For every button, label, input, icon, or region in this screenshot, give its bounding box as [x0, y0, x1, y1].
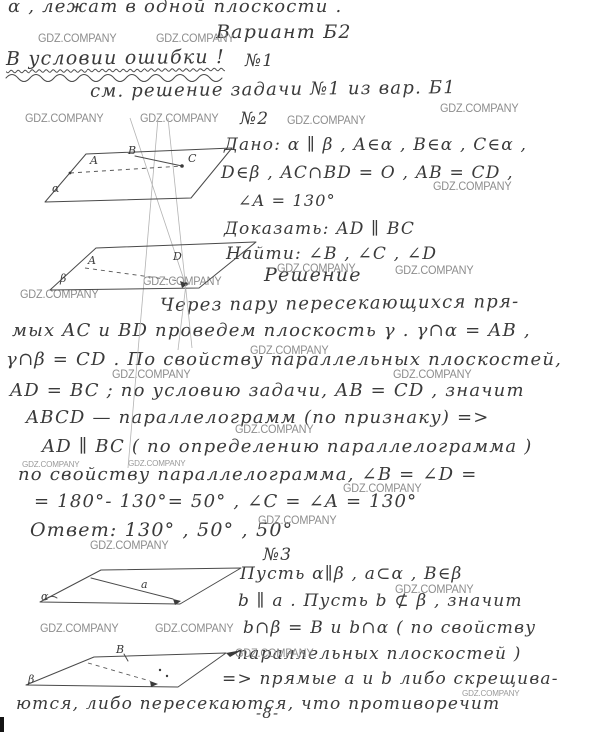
wavy-underline-path [6, 75, 222, 82]
plane-beta-dashed-segment [85, 268, 180, 281]
gdz-watermark: GDZ.COMPANY [433, 181, 511, 193]
point-dot [166, 675, 168, 677]
gdz-watermark: GDZ.COMPANY [277, 263, 355, 275]
arrowhead [226, 650, 242, 657]
plane1-point-c: C [188, 152, 197, 165]
diagram-task3-plane-alpha: α a [25, 560, 255, 625]
plane-alpha-dashed-segment [70, 166, 182, 173]
tick-mark [124, 654, 128, 661]
variant-title: Вариант Б2 [216, 22, 352, 43]
task3-line1: Пусть α∥β , a⊂α , B∈β [240, 565, 463, 584]
construction-line [128, 118, 158, 468]
diagram-task2-planes: α A B C β A D [30, 118, 275, 478]
plane3-label: α [41, 590, 49, 603]
point-dot [159, 669, 161, 671]
plane-alpha-segment [135, 156, 182, 166]
task3-number: №3 [263, 546, 292, 565]
task3-line3: b∩β = B и b∩α ( по свойству [243, 619, 536, 638]
line-a-label: a [141, 578, 148, 591]
plane1-label: α [52, 182, 60, 195]
gdz-watermark: GDZ.COMPANY [393, 369, 471, 381]
gdz-watermark: GDZ.COMPANY [395, 584, 473, 596]
note-errors-in-statement: В условии ошибки ! [6, 47, 225, 70]
plane1-point-b: B [127, 144, 136, 157]
wavy-underline [4, 72, 239, 84]
scanned-homework-page: α , лежат в одной плоскости . Вариант Б2… [0, 0, 600, 739]
gdz-watermark: GDZ.COMPANY [440, 103, 518, 115]
page-number: -8- [256, 705, 279, 722]
gdz-watermark: GDZ.COMPANY [343, 483, 421, 495]
scan-corner-artifact [0, 717, 4, 732]
plane2-point-d: D [172, 250, 182, 263]
task3-line2: b ∥ a . Пусть b ⊄ β , значит [238, 592, 523, 611]
task2-answer: Ответ: 130° , 50° , 50° [30, 520, 293, 541]
plane-beta-outline [50, 242, 256, 290]
line-tail [178, 284, 186, 350]
task3-line5: => прямые a и b либо скрещива- [222, 670, 559, 689]
plane4-label: β [27, 673, 34, 686]
gdz-watermark: GDZ.COMPANY [462, 688, 519, 698]
plane-alpha-outline [45, 148, 232, 202]
arrowhead [150, 681, 158, 687]
line-a [91, 578, 173, 599]
diagram-task3-plane-beta: B β [16, 645, 251, 707]
gdz-watermark: GDZ.COMPANY [38, 33, 116, 45]
plane2-point-a: A [87, 254, 96, 267]
task1-number: №1 [245, 52, 274, 71]
line-b-dashed [88, 663, 150, 681]
top-cropped-line: α , лежат в одной плоскости . [8, 0, 342, 17]
point-dot [180, 164, 184, 168]
plane2-label: β [59, 272, 66, 285]
gdz-watermark: GDZ.COMPANY [395, 265, 473, 277]
gdz-watermark: GDZ.COMPANY [258, 515, 336, 527]
plane4-point-b: B [115, 643, 124, 656]
gdz-watermark: GDZ.COMPANY [156, 33, 234, 45]
point-dot [69, 172, 72, 175]
plane1-point-a: A [89, 154, 98, 167]
gdz-watermark: GDZ.COMPANY [287, 115, 365, 127]
gdz-watermark: GDZ.COMPANY [90, 540, 168, 552]
